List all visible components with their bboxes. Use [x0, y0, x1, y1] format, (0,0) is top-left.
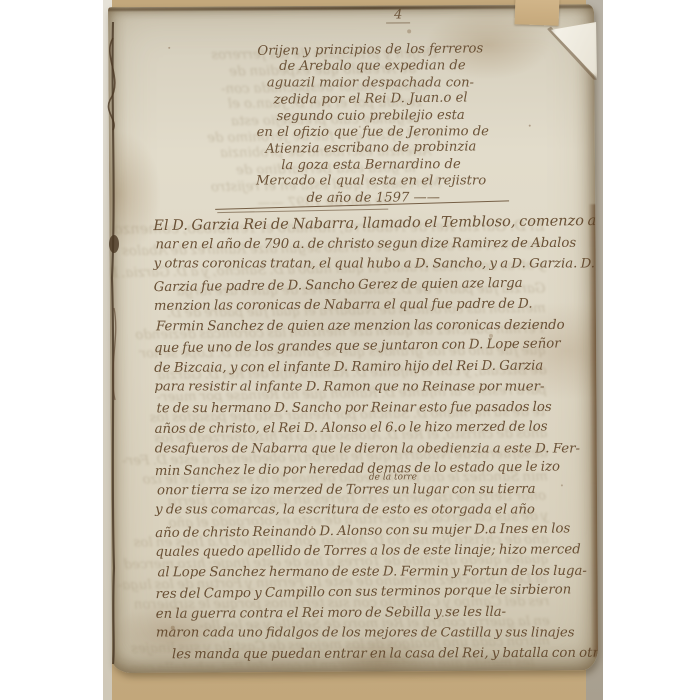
body-line: maron cada uno fidalgos de los mejores d… [156, 624, 598, 645]
body-line: en la guerra contra el Rei moro de Sebil… [156, 602, 598, 625]
body-line: El D. Garzia Rei de Nabarra, llamado el … [153, 211, 597, 237]
manuscript-page: Orijen y principios de los ferreros de A… [108, 4, 598, 673]
body-text: El D. Garzia Rei de Nabarra, llamado el … [153, 212, 598, 666]
body-line: y otras coronicas tratan, el qual hubo a… [154, 255, 598, 276]
body-line: años de christo, el Rei D. Alonso el 6.o… [155, 417, 599, 440]
body-line: Garzia fue padre de D. Sancho Gerez de q… [154, 273, 598, 299]
folio-number: 4 [386, 7, 410, 23]
behind-page-corner [515, 0, 560, 26]
title-line: Mercado el qual esta en el rejistro [229, 174, 513, 190]
title-line: segundo cuio prebilejio esta [229, 107, 513, 125]
body-line: año de christo Reinando D. Alonso con su… [155, 519, 598, 545]
interlinear-note: de la torre [369, 472, 417, 482]
handwritten-content: 4 Orijen y principios de los ferreros de… [108, 4, 598, 673]
body-line: les manda que puedan entrar en la casa d… [172, 643, 598, 665]
binding-threads [104, 8, 130, 668]
screenshot-root: { "colors": { "paper": "#e2dccb", "ink":… [0, 0, 700, 700]
body-line: y de sus comarcas, la escritura de esto … [155, 501, 598, 522]
title-line: aguazil maior despachada con- [228, 75, 512, 91]
title-block: Orijen y principios de los ferreros de A… [228, 42, 513, 208]
body-line: te de su hermano D. Sancho por Reinar es… [156, 397, 598, 419]
manuscript-photo: Orijen y principios de los ferreros de A… [103, 0, 603, 700]
title-line: la goza esta Bernardino de [229, 157, 513, 175]
body-line: onor tierra se izo merzed de Torres un l… [157, 479, 598, 501]
body-line: nar en el año de 790 a. de christo segun… [155, 233, 598, 255]
title-line: de Arebalo que expedian de [230, 58, 514, 75]
body-line: de Bizcaia, y con el infante D. Ramiro h… [154, 356, 598, 379]
body-line: desafueros de Nabarra que le dieron la o… [155, 439, 598, 460]
body-line: para resistir al infante D. Ramon que no… [154, 378, 598, 399]
